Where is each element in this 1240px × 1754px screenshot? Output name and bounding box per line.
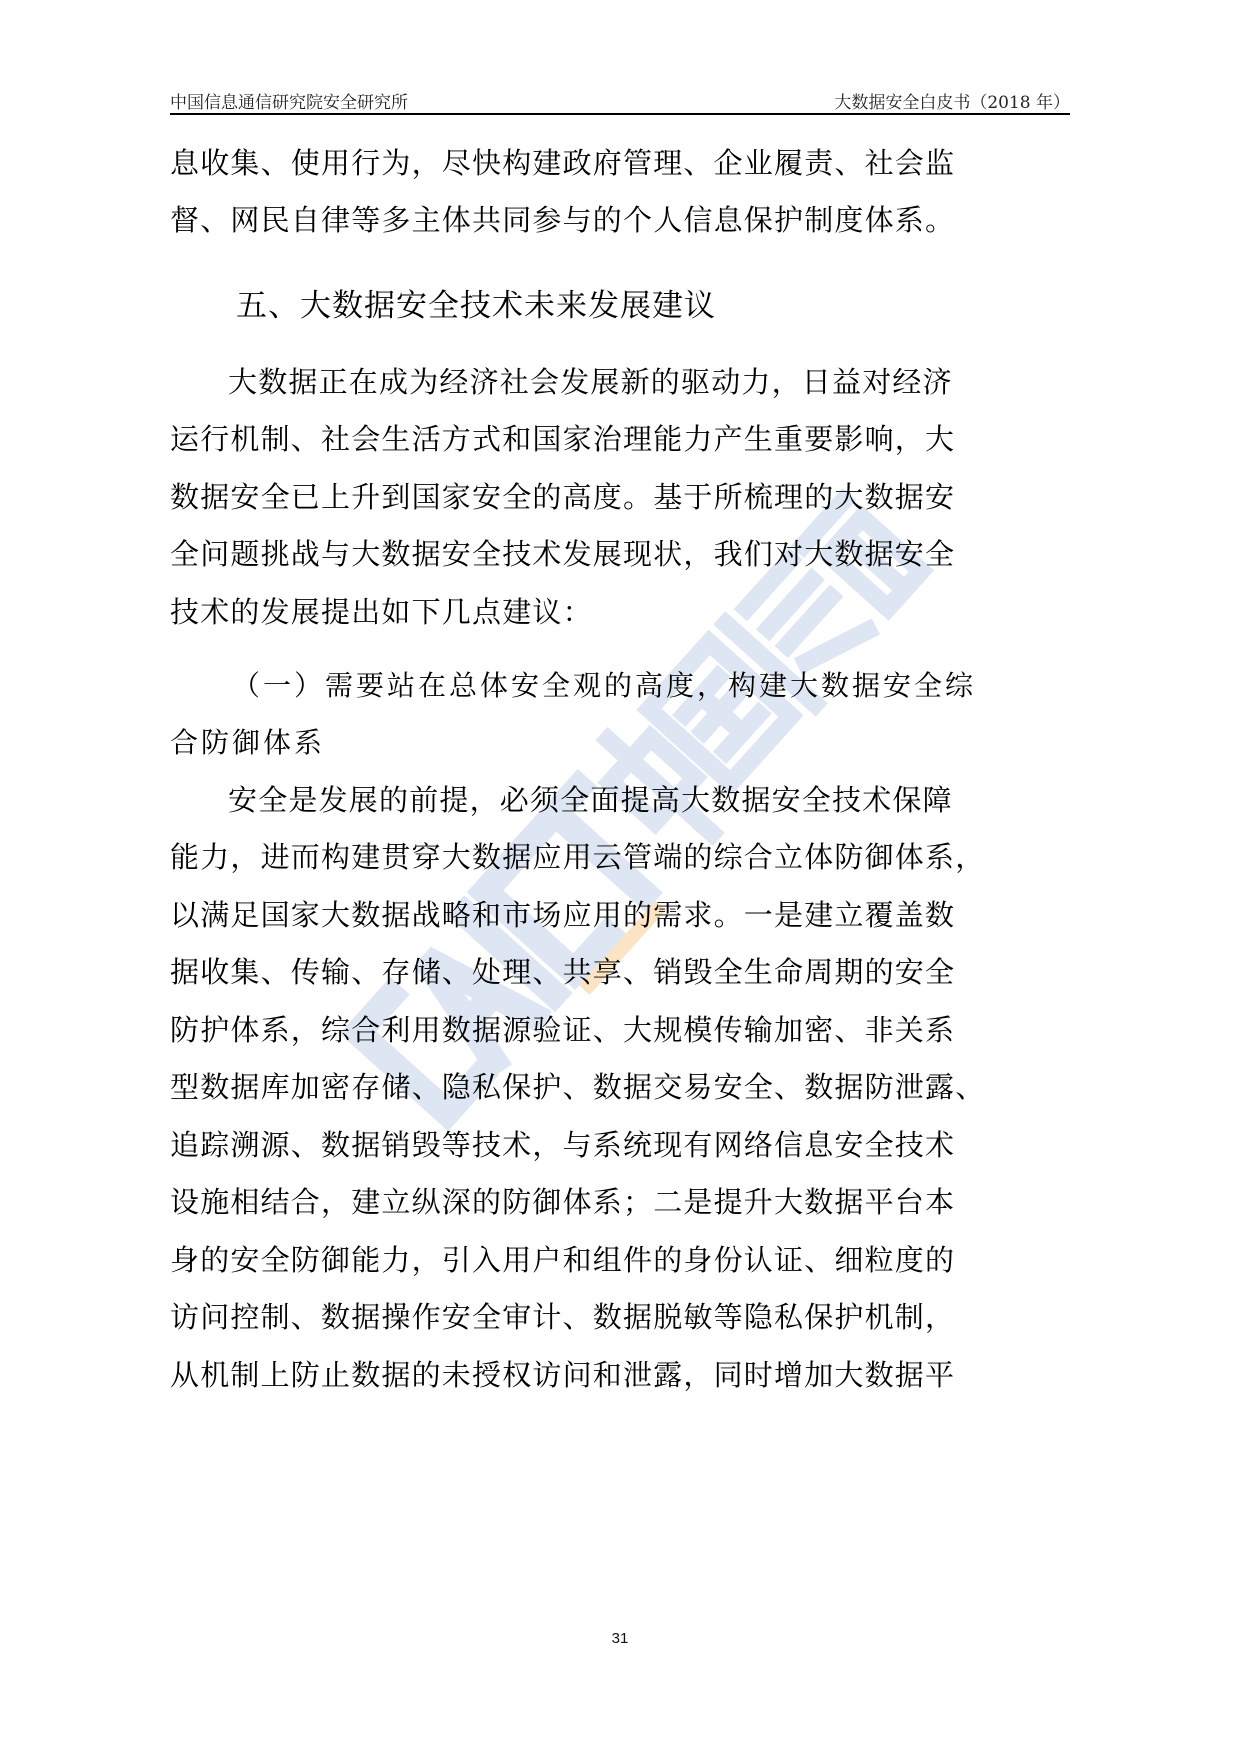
header-document-title: 大数据安全白皮书（2018 年） [834, 88, 1070, 113]
header-organization: 中国信息通信研究院安全研究所 [170, 88, 408, 113]
body-text-line: 访问控制、数据操作安全审计、数据脱敏等隐私保护机制， [170, 1297, 1070, 1337]
body-text-line: 息收集、使用行为，尽快构建政府管理、企业履责、社会监 [170, 143, 1070, 183]
body-text-line: 以满足国家大数据战略和市场应用的需求。一是建立覆盖数 [170, 895, 1070, 935]
body-text-line: 据收集、传输、存储、处理、共享、销毁全生命周期的安全 [170, 952, 1070, 992]
body-text-line: 安全是发展的前提，必须全面提高大数据安全技术保障 [228, 780, 1070, 820]
body-text-line: 设施相结合，建立纵深的防御体系；二是提升大数据平台本 [170, 1182, 1070, 1222]
body-text-line: 型数据库加密存储、隐私保护、数据交易安全、数据防泄露、 [170, 1067, 1070, 1107]
body-text-line: 数据安全已上升到国家安全的高度。基于所梳理的大数据安 [170, 477, 1070, 517]
section-heading: 五、大数据安全技术未来发展建议 [236, 284, 716, 328]
body-text-line: 督、网民自律等多主体共同参与的个人信息保护制度体系。 [170, 200, 1070, 240]
body-text-line: 能力，进而构建贯穿大数据应用云管端的综合立体防御体系， [170, 837, 1070, 877]
body-text-line: 大数据正在成为经济社会发展新的驱动力，日益对经济 [228, 362, 1070, 402]
page-number: 31 [0, 1630, 1240, 1647]
body-text-line: 防护体系，综合利用数据源验证、大规模传输加密、非关系 [170, 1010, 1070, 1050]
subsection-heading: （一）需要站在总体安全观的高度，构建大数据安全综 [232, 666, 976, 706]
body-text-line: 从机制上防止数据的未授权访问和泄露，同时增加大数据平 [170, 1355, 1070, 1395]
body-text-line: 运行机制、社会生活方式和国家治理能力产生重要影响，大 [170, 419, 1070, 459]
subsection-heading-continued: 合防御体系 [170, 723, 325, 763]
body-text-line: 身的安全防御能力，引入用户和组件的身份认证、细粒度的 [170, 1240, 1070, 1280]
header-divider [170, 113, 1070, 115]
body-text-line: 全问题挑战与大数据安全技术发展现状，我们对大数据安全 [170, 534, 1070, 574]
body-text-line: 技术的发展提出如下几点建议： [170, 592, 1070, 632]
page-header: 中国信息通信研究院安全研究所 大数据安全白皮书（2018 年） [170, 84, 1070, 114]
body-text-line: 追踪溯源、数据销毁等技术，与系统现有网络信息安全技术 [170, 1125, 1070, 1165]
